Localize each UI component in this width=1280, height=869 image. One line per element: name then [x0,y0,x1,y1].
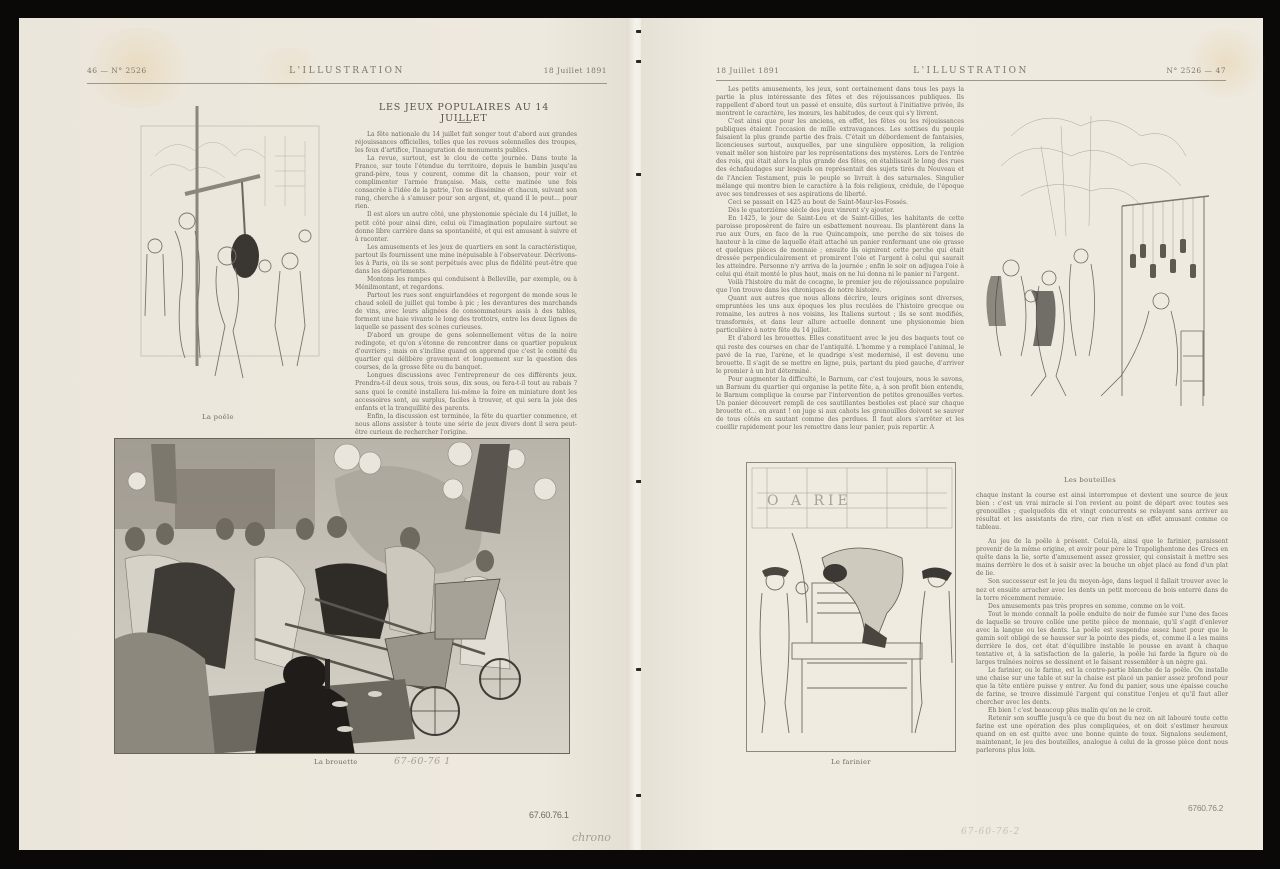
illustration-la-poele [135,96,335,404]
right-lower-column: chaque instant la course est ainsi inter… [976,492,1228,756]
paragraph: Voilà l'histoire du mât de cocagne, le p… [716,279,964,295]
caption-les-bouteilles: Les bouteilles [1064,476,1116,484]
paragraph: Il est alors un autre côté, une physiono… [355,211,577,243]
brouette-engraving-icon [115,439,570,754]
caption-le-farinier: Le farinier [831,758,871,766]
paragraph: Longues discussions avec l'entrepreneur … [355,372,577,412]
illustration-la-brouette [114,438,570,754]
paragraph: La revue, surtout, est le clou de cette … [355,155,577,211]
left-page: 46 — N° 2526 L'ILLUSTRATION 18 Juillet 1… [19,18,633,850]
pencil-inventory-number: 67-60-76-2 [961,827,1020,837]
paragraph: C'est ainsi que pour les anciens, en eff… [716,118,964,198]
paragraph: Pour augmenter la difficulté, le Barnum,… [716,376,964,432]
shop-sign-text: O A RIE [767,493,852,509]
pencil-note: chrono [572,831,611,844]
paper-stain [1181,28,1271,98]
title-divider [457,122,471,123]
paragraph: Des amusements pas très propres en somme… [976,603,1228,611]
archive-stamp-left: 67.60.76.1 [529,810,569,820]
poele-engraving-icon [135,96,335,404]
paragraph: Ceci se passait en 1425 au bout de Saint… [716,199,964,207]
paragraph: Et d'abord les brouettes. Elles constitu… [716,335,964,375]
right-page-date: 18 Juillet 1891 [716,66,779,75]
farinier-engraving-icon: O A RIE [747,463,956,752]
paragraph: D'abord un groupe de gens solennellement… [355,332,577,372]
paragraph: Montons les rampes qui conduisent à Bell… [355,276,577,292]
paragraph: Au jeu de la poêle à présent. Celui-là, … [976,538,1228,578]
illustration-le-farinier: O A RIE [746,462,956,752]
paragraph: Eh bien ! c'est beaucoup plus malin qu'o… [976,707,1228,715]
right-page: 18 Juillet 1891 L'ILLUSTRATION N° 2526 —… [641,18,1263,850]
paragraph: Son successeur est le jeu du moyen-âge, … [976,578,1228,602]
paragraph: En 1425, le jour de Saint-Leu et de Sain… [716,215,964,279]
illustration-les-bouteilles [971,96,1221,456]
left-article-column: La fête nationale du 14 juillet fait son… [355,131,577,437]
paragraph: Tout le monde connaît la poêle enduite d… [976,611,1228,667]
caption-la-poele: La poêle [202,413,234,421]
left-page-number: 46 — N° 2526 [87,66,147,75]
paragraph: Retenir son souffle jusqu'à ce que du bo… [976,715,1228,755]
paragraph: Les amusements et les jeux de quartiers … [355,244,577,276]
header-rule [716,80,1226,81]
article-title: LES JEUX POPULAIRES AU 14 JUILLET [354,102,574,124]
scanned-spread: 46 — N° 2526 L'ILLUSTRATION 18 Juillet 1… [19,18,1263,850]
header-rule [87,83,607,84]
paragraph: Le farinier, ou le farine, est la contre… [976,667,1228,707]
paragraph: Partout les rues sont enguirlandées et r… [355,292,577,332]
left-page-date: 18 Juillet 1891 [544,66,607,75]
paragraph: chaque instant la course est ainsi inter… [976,492,1228,532]
publication-name: L'ILLUSTRATION [913,66,1029,76]
paragraph: Les petits amusements, les jeux, sont ce… [716,86,964,118]
paragraph: Dès le quatorzième siècle des jeux vinre… [716,207,964,215]
paragraph: Enfin, la discussion est terminée, la fê… [355,413,577,437]
bouteilles-engraving-icon [971,96,1221,456]
archive-stamp-right: 6760.76.2 [1188,803,1223,813]
publication-name: L'ILLUSTRATION [289,66,405,76]
pencil-inventory-number: 67-60-76 1 [394,756,451,767]
right-page-number: N° 2526 — 47 [1166,66,1226,75]
right-article-column: Les petits amusements, les jeux, sont ce… [716,86,964,432]
left-running-head: 46 — N° 2526 L'ILLUSTRATION 18 Juillet 1… [87,66,607,82]
caption-la-brouette: La brouette [314,758,358,766]
paragraph: Quant aux autres que nous allons décrire… [716,295,964,335]
paragraph: La fête nationale du 14 juillet fait son… [355,131,577,155]
